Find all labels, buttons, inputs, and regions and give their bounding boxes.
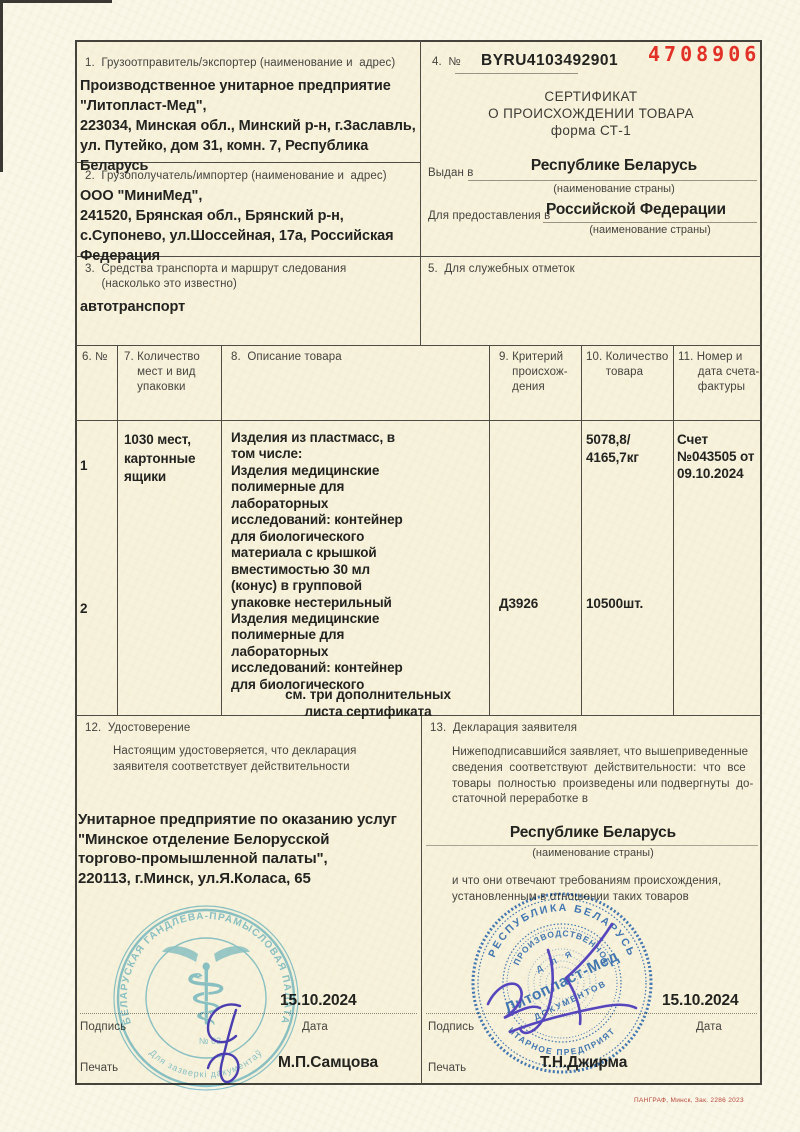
scan-artifact [0, 0, 3, 172]
underline [455, 73, 578, 74]
table-col-line [221, 345, 222, 715]
certification-label: 12. Удостоверение [85, 721, 190, 736]
table-col-line [489, 345, 490, 715]
signature-authority [196, 998, 260, 1090]
scan-artifact [0, 0, 112, 3]
quantity-weight-cell: 5078,8/ 4165,7кг [586, 431, 639, 466]
divider [75, 420, 762, 421]
consignor-label: 1. Грузоотправитель/экспортер (наименова… [85, 56, 395, 71]
printer-imprint: ПАНГРАФ, Минск, Зак. 2286 2023 [634, 1097, 744, 1104]
consignor-value: Производственное унитарное предприятие "… [80, 76, 428, 176]
table-header-col11: 11. Номер и дата счета- фактуры [678, 350, 759, 396]
underline [543, 222, 757, 223]
table-col-line [581, 345, 582, 715]
declaration-label: 13. Декларация заявителя [430, 721, 577, 736]
declaration-date: 15.10.2024 [662, 992, 739, 1010]
table-header-col8: 8. Описание товара [231, 350, 342, 365]
table-header-col6: 6. № [82, 350, 108, 365]
description-note: см. три дополнительных листа сертификата [248, 687, 488, 720]
declaration-country: Республике Беларусь [428, 824, 758, 842]
packages-cell: 1030 мест, картонные ящики [124, 431, 195, 487]
table-header-col9: 9. Критерий происхож- дения [499, 350, 568, 396]
presented-in-value: Российской Федерации [546, 201, 726, 219]
date-label: Дата [696, 1020, 722, 1035]
row-number-2: 2 [80, 601, 87, 616]
criterion-cell: Д3926 [499, 596, 538, 611]
cert-title: СЕРТИФИКАТ О ПРОИСХОЖДЕНИИ ТОВАРА форма … [420, 88, 762, 139]
underline [468, 180, 757, 181]
issued-in-hint: (наименование страны) [470, 183, 758, 195]
certification-text: Настоящим удостоверяется, что декларация… [113, 744, 356, 775]
presented-in-label: Для предоставления в [428, 209, 550, 224]
consignee-label: 2. Грузополучатель/импортер (наименовани… [85, 169, 387, 184]
declaration-country-hint: (наименование страны) [428, 847, 758, 859]
transport-label: 3. Средства транспорта и маршрут следова… [85, 262, 346, 292]
row-number-1: 1 [80, 458, 87, 473]
cert-number-label: 4. № [432, 55, 461, 70]
official-marks-label: 5. Для служебных отметок [428, 262, 575, 277]
issued-in-value: Республике Беларусь [470, 157, 758, 175]
table-col-line [673, 345, 674, 715]
invoice-cell: Счет №043505 от 09.10.2024 [677, 431, 761, 482]
table-header-col7: 7. Количество мест и вид упаковки [124, 350, 200, 396]
certifying-organization: Унитарное предприятие по оказанию услуг … [78, 810, 397, 888]
presented-in-hint: (наименование страны) [543, 224, 757, 236]
cert-number-value: BYRU4103492901 [481, 52, 618, 70]
declaration-text: Нижеподписавшийся заявляет, что вышеприв… [452, 745, 753, 808]
divider [421, 715, 422, 1085]
serial-number: 4708906 [648, 42, 760, 66]
issued-in-label: Выдан в [428, 166, 473, 181]
quantity-pieces-cell: 10500шт. [586, 596, 643, 611]
table-col-line [117, 345, 118, 715]
table-header-col10: 10. Количество товара [586, 350, 668, 380]
transport-value: автотранспорт [80, 297, 185, 317]
consignee-value: ООО "МиниМед", 241520, Брянская обл., Бр… [80, 186, 428, 266]
description-cell: Изделия из пластмасс, в том числе: Издел… [231, 430, 487, 693]
seal-label: Печать [428, 1061, 466, 1076]
signature-declarant [470, 920, 640, 1075]
date-label: Дата [302, 1020, 328, 1035]
underline [426, 845, 758, 846]
divider [75, 345, 762, 346]
